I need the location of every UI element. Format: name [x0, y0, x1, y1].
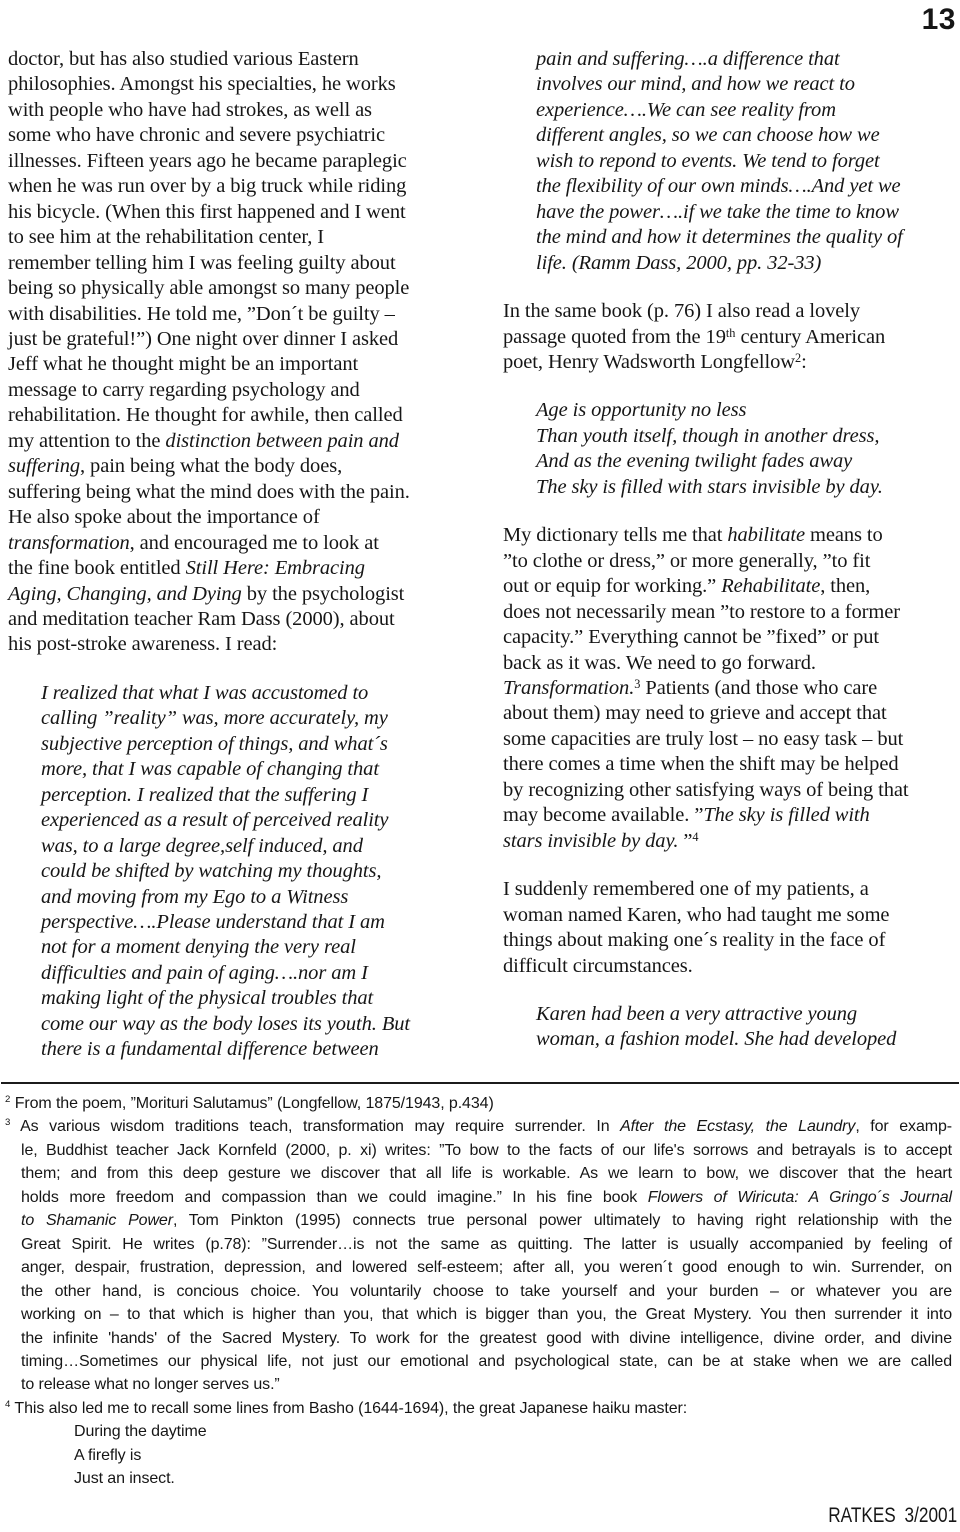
footnote-line: 3 As various wisdom traditions teach, tr…	[5, 1115, 952, 1138]
footnote-line: Just an insect.	[5, 1467, 952, 1490]
text-line: remember telling him I was feeling guilt…	[8, 251, 458, 276]
text-line: My dictionary tells me that habilitate m…	[503, 523, 959, 548]
text-line: does not necessarily mean ”to restore to…	[503, 600, 959, 625]
text-line: my attention to the distinction between …	[8, 429, 458, 454]
text-line: some capacities are truly lost – no easy…	[503, 727, 959, 752]
text-line: The sky is filled with stars invisible b…	[536, 475, 959, 500]
block-quote: pain and suffering….a difference thatinv…	[503, 47, 959, 276]
text-line: calling ”reality” was, more accurately, …	[41, 706, 458, 731]
text-line: rehabilitation. He thought for awhile, t…	[8, 403, 458, 428]
text-line: and meditation teacher Ram Dass (2000), …	[8, 607, 458, 632]
text-line: things about making one´s reality in the…	[503, 928, 959, 953]
text-line: suffering being what the mind does with …	[8, 480, 458, 505]
text-line: perception. I realized that the sufferin…	[41, 783, 458, 808]
text-line: with people who have had strokes, as wel…	[8, 98, 458, 123]
text-line: stars invisible by day. ”4	[503, 829, 959, 854]
text-line: poet, Henry Wadsworth Longfellow2:	[503, 350, 959, 375]
footnote-line: to Shamanic Power, Tom Pinkton (1995) co…	[5, 1209, 952, 1232]
text-line: just be grateful!”) One night over dinne…	[8, 327, 458, 352]
text-line: when he was run over by a big truck whil…	[8, 174, 458, 199]
footnote-line: le, Buddhist teacher Jack Kornfeld (2000…	[5, 1139, 952, 1162]
footnote-line: working on – to that which is higher tha…	[5, 1303, 952, 1326]
text-line: his post-stroke awareness. I read:	[8, 632, 458, 657]
text-line: some who have chronic and severe psychia…	[8, 123, 458, 148]
footnotes: 2 From the poem, ”Morituri Salutamus” (L…	[5, 1092, 952, 1491]
text-line: not for a moment denying the very real	[41, 935, 458, 960]
text-line: making light of the physical troubles th…	[41, 986, 458, 1011]
text-line: philosophies. Amongst his specialties, h…	[8, 72, 458, 97]
text-line: about them) may need to grieve and accep…	[503, 701, 959, 726]
text-line: Karen had been a very attractive young	[536, 1002, 959, 1027]
text-line: Aging, Changing, and Dying by the psycho…	[8, 582, 458, 607]
text-line: woman, a fashion model. She had develope…	[536, 1027, 959, 1052]
text-line: suffering, pain being what the body does…	[8, 454, 458, 479]
footnote-line: to release what no longer serves us.”	[5, 1373, 952, 1396]
text-line: message to carry regarding psychology an…	[8, 378, 458, 403]
journal-footer: RATKES 3/2001	[828, 1505, 957, 1527]
text-line: being so physically able amongst so many…	[8, 276, 458, 301]
text-line: perspective….Please understand that I am	[41, 910, 458, 935]
text-line: capacity.” Everything cannot be ”fixed” …	[503, 625, 959, 650]
footnote-line: A firefly is	[5, 1444, 952, 1467]
text-line: woman named Karen, who had taught me som…	[503, 903, 959, 928]
text-line: experienced as a result of perceived rea…	[41, 808, 458, 833]
text-line: Age is opportunity no less	[536, 398, 959, 423]
text-line: the flexibility of our own minds….And ye…	[536, 174, 959, 199]
text-line: with disabilities. He told me, ”Don´t be…	[8, 302, 458, 327]
text-line: I suddenly remembered one of my patients…	[503, 877, 959, 902]
text-line: life. (Ramm Dass, 2000, pp. 32-33)	[536, 251, 959, 276]
text-line: come our way as the body loses its youth…	[41, 1012, 458, 1037]
column-right: pain and suffering….a difference thatinv…	[503, 47, 959, 1053]
text-line: experience….We can see reality from	[536, 98, 959, 123]
paragraph: My dictionary tells me that habilitate m…	[503, 523, 959, 854]
text-line: illnesses. Fifteen years ago he became p…	[8, 149, 458, 174]
text-line: different angles, so we can choose how w…	[536, 123, 959, 148]
text-line: may become available. ”The sky is filled…	[503, 803, 959, 828]
text-line: And as the evening twilight fades away	[536, 449, 959, 474]
text-line: doctor, but has also studied various Eas…	[8, 47, 458, 72]
text-line: passage quoted from the 19th century Ame…	[503, 325, 959, 350]
text-line: to see him at the rehabilitation center,…	[8, 225, 458, 250]
text-line: I realized that what I was accustomed to	[41, 681, 458, 706]
document-page: 13 doctor, but has also studied various …	[0, 0, 960, 1532]
block-quote: I realized that what I was accustomed to…	[8, 681, 458, 1063]
footnote-line: 4 This also led me to recall some lines …	[5, 1397, 952, 1420]
text-line: the fine book entitled Still Here: Embra…	[8, 556, 458, 581]
text-line: there comes a time when the shift may be…	[503, 752, 959, 777]
footnote-line: anger, despair, frustration, depression,…	[5, 1256, 952, 1279]
text-line: was, to a large degree,self induced, and	[41, 834, 458, 859]
text-line: ”to clothe or dress,” or more generally,…	[503, 549, 959, 574]
paragraph: I suddenly remembered one of my patients…	[503, 877, 959, 979]
column-left: doctor, but has also studied various Eas…	[8, 47, 458, 1063]
block-quote: Age is opportunity no lessThan youth its…	[503, 398, 959, 500]
footnote-divider	[1, 1082, 959, 1084]
footnote-line: the other hand, is concious choice. You …	[5, 1280, 952, 1303]
text-line: subjective perception of things, and wha…	[41, 732, 458, 757]
text-line: transformation, and encouraged me to loo…	[8, 531, 458, 556]
footnote-line: During the daytime	[5, 1420, 952, 1443]
text-line: have the power….if we take the time to k…	[536, 200, 959, 225]
footnote-line: holds more freedom and compassion than w…	[5, 1186, 952, 1209]
text-line: could be shifted by watching my thoughts…	[41, 859, 458, 884]
text-line: there is a fundamental difference betwee…	[41, 1037, 458, 1062]
text-line: difficulties and pain of aging….nor am I	[41, 961, 458, 986]
text-line: and moving from my Ego to a Witness	[41, 885, 458, 910]
paragraph: In the same book (p. 76) I also read a l…	[503, 299, 959, 375]
text-line: wish to repond to events. We tend to for…	[536, 149, 959, 174]
text-line: involves our mind, and how we react to	[536, 72, 959, 97]
footnote-line: them; and from this deep gesture we disc…	[5, 1162, 952, 1185]
footnote-line: the infinite 'hands' of the Sacred Myste…	[5, 1327, 952, 1350]
footnote-line: 2 From the poem, ”Morituri Salutamus” (L…	[5, 1092, 952, 1115]
text-line: his bicycle. (When this first happened a…	[8, 200, 458, 225]
text-line: In the same book (p. 76) I also read a l…	[503, 299, 959, 324]
text-line: pain and suffering….a difference that	[536, 47, 959, 72]
text-line: the mind and how it determines the quali…	[536, 225, 959, 250]
footnote-line: Great Spirit. He writes (p.78): ”Surrend…	[5, 1233, 952, 1256]
text-line: by recognizing other satisfying ways of …	[503, 778, 959, 803]
text-line: Transformation.3 Patients (and those who…	[503, 676, 959, 701]
text-line: out or equip for working.” Rehabilitate,…	[503, 574, 959, 599]
page-number: 13	[922, 5, 956, 35]
text-line: difficult circumstances.	[503, 954, 959, 979]
text-line: Than youth itself, though in another dre…	[536, 424, 959, 449]
text-line: back as it was. We need to go forward.	[503, 651, 959, 676]
paragraph: doctor, but has also studied various Eas…	[8, 47, 458, 658]
text-line: more, that I was capable of changing tha…	[41, 757, 458, 782]
text-line: Jeff what he thought might be an importa…	[8, 352, 458, 377]
block-quote: Karen had been a very attractive youngwo…	[503, 1002, 959, 1053]
footnote-line: timing…Sometimes our physical life, not …	[5, 1350, 952, 1373]
text-line: He also spoke about the importance of	[8, 505, 458, 530]
